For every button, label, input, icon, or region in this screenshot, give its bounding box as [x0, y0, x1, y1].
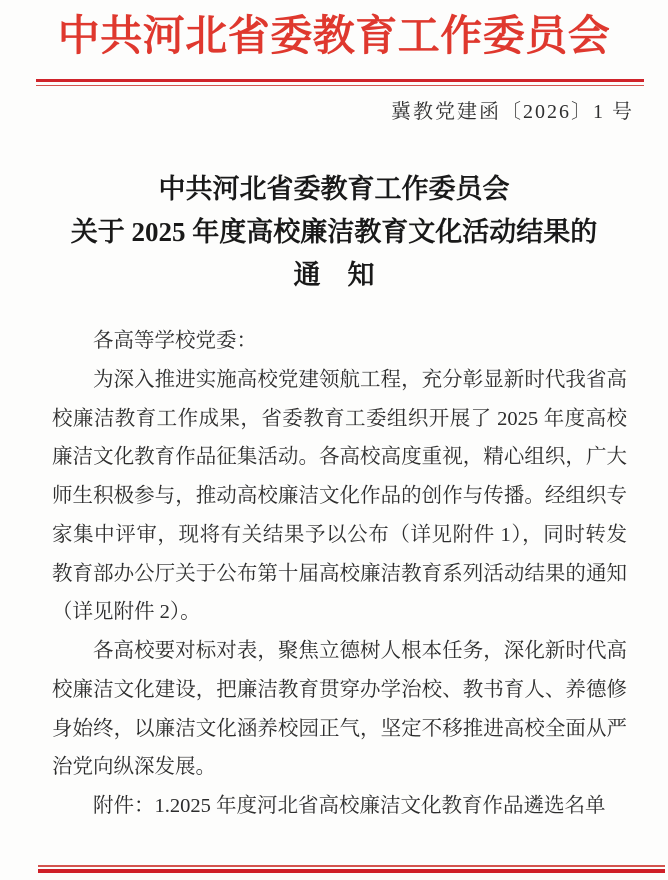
salutation: 各高等学校党委：: [52, 322, 627, 361]
document-title-line-3: 通 知: [0, 254, 668, 297]
body-paragraph-2: 各高校要对标对表，聚焦立德树人根本任务，深化新时代高校廉洁文化建设，把廉洁教育贯…: [52, 632, 627, 787]
attachment-list-line: 附件：1.2025 年度河北省高校廉洁文化教育作品遴选名单: [52, 787, 627, 826]
letterhead-org-name: 中共河北省委教育工作委员会: [0, 12, 668, 62]
footer-rule-thin-line: [38, 865, 665, 867]
body-paragraph-1: 为深入推进实施高校党建领航工程，充分彰显新时代我省高校廉洁教育工作成果，省委教育…: [52, 361, 627, 632]
document-body: 各高等学校党委： 为深入推进实施高校党建领航工程，充分彰显新时代我省高校廉洁教育…: [52, 322, 627, 826]
letterhead-separator-rule: [36, 79, 644, 86]
document-page: 中共河北省委教育工作委员会 冀教党建函〔2026〕1 号 中共河北省委教育工作委…: [0, 0, 668, 880]
document-reference-number: 冀教党建函〔2026〕1 号: [391, 100, 634, 124]
document-title: 中共河北省委教育工作委员会 关于 2025 年度高校廉洁教育文化活动结果的 通 …: [0, 168, 668, 297]
letterhead-rule-thin-line: [36, 85, 644, 87]
footer-separator-rule: [38, 865, 665, 873]
letterhead-rule-thick-line: [36, 79, 644, 82]
document-title-line-2: 关于 2025 年度高校廉洁教育文化活动结果的: [0, 211, 668, 254]
footer-rule-thick-line: [38, 869, 665, 873]
document-title-line-1: 中共河北省委教育工作委员会: [0, 168, 668, 211]
